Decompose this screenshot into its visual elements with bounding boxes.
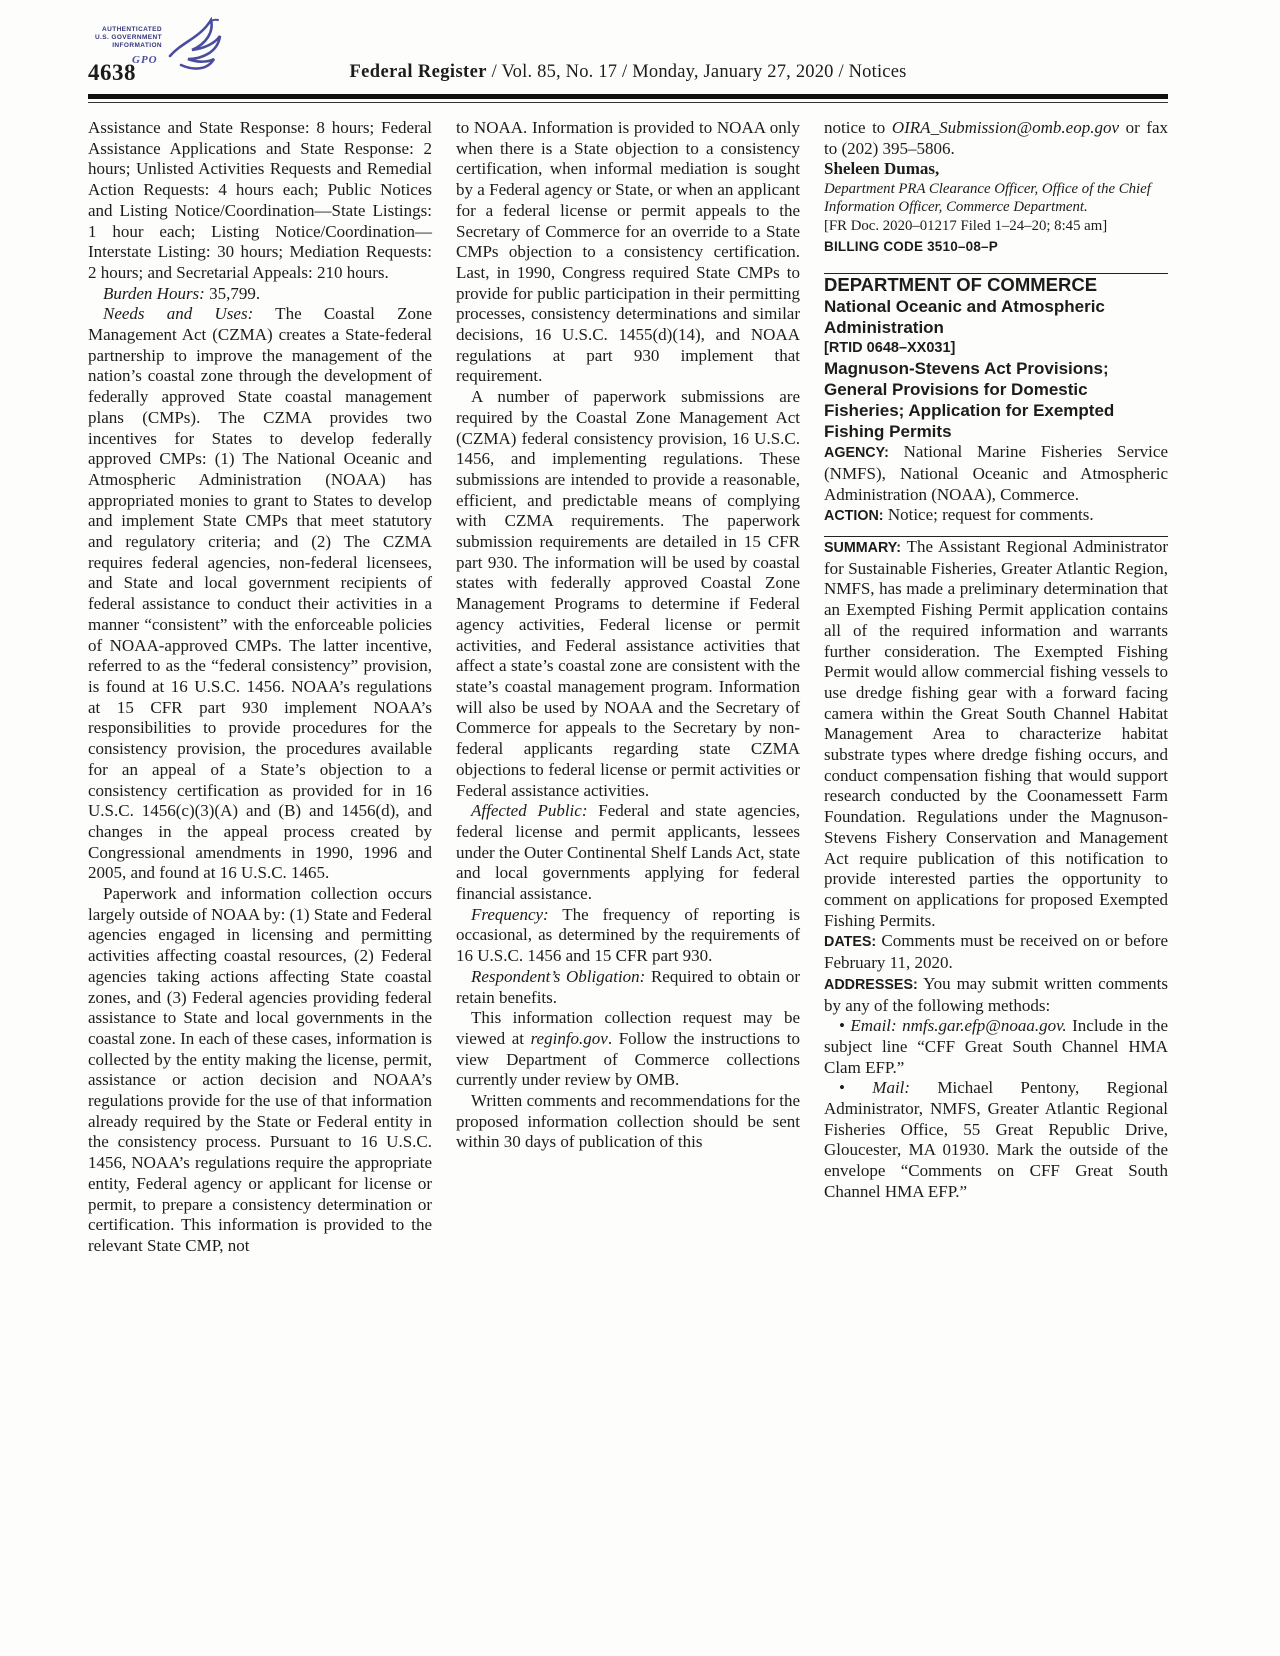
bullet-mail: • Mail: Michael Pentony, Regional Admini…: [824, 1078, 1168, 1202]
gpo-text-line2: U.S. GOVERNMENT: [84, 34, 162, 42]
addresses-label: ADDRESSES:: [824, 977, 918, 993]
paragraph-summary: SUMMARY: The Assistant Regional Administ…: [824, 537, 1168, 931]
bullet-email: • Email: nmfs.gar.efp@noaa.gov. Include …: [824, 1016, 1168, 1078]
signature-name: Sheleen Dumas,: [824, 159, 1168, 180]
gpo-text-line1: AUTHENTICATED: [84, 26, 162, 34]
signature-title: Department PRA Clearance Officer, Office…: [824, 180, 1168, 216]
paragraph-dates: DATES: Comments must be received on or b…: [824, 931, 1168, 973]
paragraph-noaa-continuation: to NOAA. Information is provided to NOAA…: [456, 118, 800, 387]
body-columns: Assistance and State Response: 8 hours; …: [88, 118, 1168, 1257]
department-heading: DEPARTMENT OF COMMERCE: [824, 274, 1168, 296]
dates-label: DATES:: [824, 934, 876, 950]
oira-email-text: OIRA_Submission@omb.eop.gov: [892, 118, 1119, 137]
needs-and-uses-label: Needs and Uses:: [103, 304, 253, 323]
affected-public-label: Affected Public:: [471, 801, 588, 820]
page-number: 4638: [88, 60, 136, 86]
respondents-obligation-label: Respondent’s Obligation:: [471, 967, 645, 986]
header-rule: [88, 94, 1168, 103]
running-head: Federal Register / Vol. 85, No. 17 / Mon…: [88, 58, 1168, 83]
email-method-label: Email: nmfs.gar.efp@noaa.gov.: [850, 1016, 1066, 1035]
fr-doc-line: [FR Doc. 2020–01217 Filed 1–24–20; 8:45 …: [824, 216, 1168, 237]
paragraph-written-comments: Written comments and recommendations for…: [456, 1091, 800, 1153]
summary-text: The Assistant Regional Administrator for…: [824, 537, 1168, 930]
column-1: Assistance and State Response: 8 hours; …: [88, 118, 432, 1257]
dates-text: Comments must be received on or before F…: [824, 931, 1168, 972]
frequency-label: Frequency:: [471, 905, 549, 924]
gpo-text-line3: INFORMATION: [84, 42, 162, 50]
paragraph-notice-continuation: notice to OIRA_Submission@omb.eop.gov or…: [824, 118, 1168, 159]
notice-title: Magnuson-Stevens Act Provisions; General…: [824, 358, 1168, 442]
needs-and-uses-text: The Coastal Zone Management Act (CZMA) c…: [88, 304, 432, 882]
column-3: notice to OIRA_Submission@omb.eop.gov or…: [824, 118, 1168, 1257]
paragraph-needs-and-uses: Needs and Uses: The Coastal Zone Managem…: [88, 304, 432, 884]
rtid-number: [RTID 0648–XX031]: [824, 338, 1168, 359]
paragraph-addresses: ADDRESSES: You may submit written commen…: [824, 974, 1168, 1016]
burden-hours-label: Burden Hours:: [103, 284, 205, 303]
paragraph-agency: AGENCY: National Marine Fisheries Servic…: [824, 442, 1168, 505]
paragraph-paperwork-collection: Paperwork and information collection occ…: [88, 884, 432, 1257]
notice-pre: notice to: [824, 118, 892, 137]
paragraph-burden-hours: Burden Hours: 35,799.: [88, 284, 432, 305]
summary-label: SUMMARY:: [824, 540, 901, 556]
paragraph-paperwork-submissions: A number of paperwork submissions are re…: [456, 387, 800, 801]
mail-method-label: Mail:: [872, 1078, 910, 1097]
column-2: to NOAA. Information is provided to NOAA…: [456, 118, 800, 1257]
running-head-title: Federal Register: [349, 62, 486, 82]
bullet-icon: •: [839, 1016, 845, 1035]
paragraph-view-request: This information collection request may …: [456, 1008, 800, 1091]
federal-register-page: AUTHENTICATED U.S. GOVERNMENT INFORMATIO…: [0, 0, 1280, 1656]
billing-code: BILLING CODE 3510–08–P: [824, 237, 1168, 258]
subagency-heading: National Oceanic and Atmospheric Adminis…: [824, 296, 1168, 338]
paragraph-respondents-obligation: Respondent’s Obligation: Required to obt…: [456, 967, 800, 1008]
paragraph-action: ACTION: Notice; request for comments.: [824, 505, 1168, 527]
gpo-authenticated-text: AUTHENTICATED U.S. GOVERNMENT INFORMATIO…: [84, 26, 162, 50]
page-header: 4638 Federal Register / Vol. 85, No. 17 …: [88, 58, 1168, 92]
running-head-rest: / Vol. 85, No. 17 / Monday, January 27, …: [487, 62, 907, 82]
bullet-icon: •: [839, 1078, 845, 1097]
action-text: Notice; request for comments.: [884, 505, 1094, 524]
burden-hours-value: 35,799.: [205, 284, 260, 303]
paragraph-burden-continuation: Assistance and State Response: 8 hours; …: [88, 118, 432, 284]
action-label: ACTION:: [824, 508, 884, 524]
paragraph-affected-public: Affected Public: Federal and state agenc…: [456, 801, 800, 905]
agency-label: AGENCY:: [824, 445, 889, 461]
reginfo-link-text: reginfo.gov: [531, 1029, 608, 1048]
paragraph-frequency: Frequency: The frequency of reporting is…: [456, 905, 800, 967]
